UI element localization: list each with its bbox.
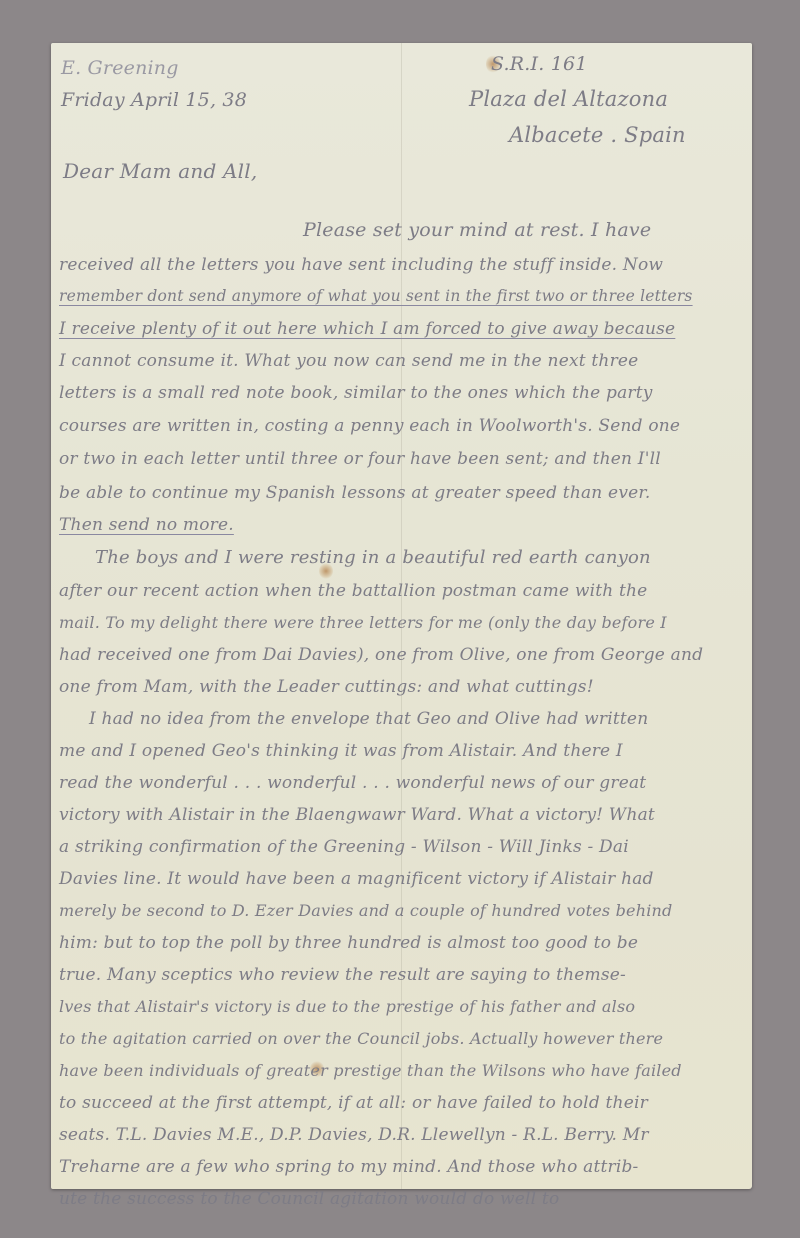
letter-line: received all the letters you have sent i… [59, 255, 663, 275]
letter-line: be able to continue my Spanish lessons a… [59, 483, 650, 503]
letter-line: had received one from Dai Davies), one f… [59, 645, 703, 665]
letter-line: letters is a small red note book, simila… [59, 383, 653, 403]
letter-line: remember dont send anymore of what you s… [59, 287, 693, 305]
letter-line: a striking confirmation of the Greening … [59, 837, 629, 857]
letter-line: courses are written in, costing a penny … [59, 416, 680, 436]
letter-line: I cannot consume it. What you now can se… [59, 351, 638, 371]
letter-line: Davies line. It would have been a magnif… [59, 869, 654, 889]
letter-line: seats. T.L. Davies M.E., D.P. Davies, D.… [59, 1125, 649, 1145]
letter-line: or two in each letter until three or fou… [59, 449, 661, 469]
letter-line: mail. To my delight there were three let… [59, 613, 667, 632]
letter-line: Please set your mind at rest. I have [303, 219, 651, 241]
reference-number: S.R.I. 161 [491, 53, 588, 75]
letter-line: have been individuals of greater prestig… [59, 1061, 682, 1080]
salutation: Dear Mam and All, [63, 159, 257, 183]
letter-line: me and I opened Geo's thinking it was fr… [59, 741, 623, 761]
letter-line: true. Many sceptics who review the resul… [59, 965, 626, 985]
letter-line: Treharne are a few who spring to my mind… [59, 1157, 639, 1177]
letter-page: E. Greening Friday April 15, 38 S.R.I. 1… [51, 43, 752, 1189]
letter-line: victory with Alistair in the Blaengwawr … [59, 805, 655, 825]
letter-line: The boys and I were resting in a beautif… [95, 547, 651, 568]
letter-line: him: but to top the poll by three hundre… [59, 933, 638, 953]
letter-line: to the agitation carried on over the Cou… [59, 1029, 663, 1048]
letter-date: Friday April 15, 38 [61, 89, 247, 111]
letter-line: I had no idea from the envelope that Geo… [89, 709, 648, 729]
author-name: E. Greening [61, 57, 179, 79]
letter-line: after our recent action when the battall… [59, 581, 647, 601]
letter-line: ute the success to the Council agitation… [59, 1189, 559, 1209]
letter-line: one from Mam, with the Leader cuttings: … [59, 677, 594, 697]
letter-line: to succeed at the first attempt, if at a… [59, 1093, 648, 1113]
letter-line: I receive plenty of it out here which I … [59, 319, 675, 339]
address-line-2: Albacete . Spain [509, 123, 686, 147]
letter-line: Then send no more. [59, 515, 234, 535]
letter-line: read the wonderful . . . wonderful . . .… [59, 773, 646, 793]
letter-line: lves that Alistair's victory is due to t… [59, 997, 635, 1016]
letter-line: merely be second to D. Ezer Davies and a… [59, 901, 672, 920]
address-line-1: Plaza del Altazona [469, 87, 668, 111]
